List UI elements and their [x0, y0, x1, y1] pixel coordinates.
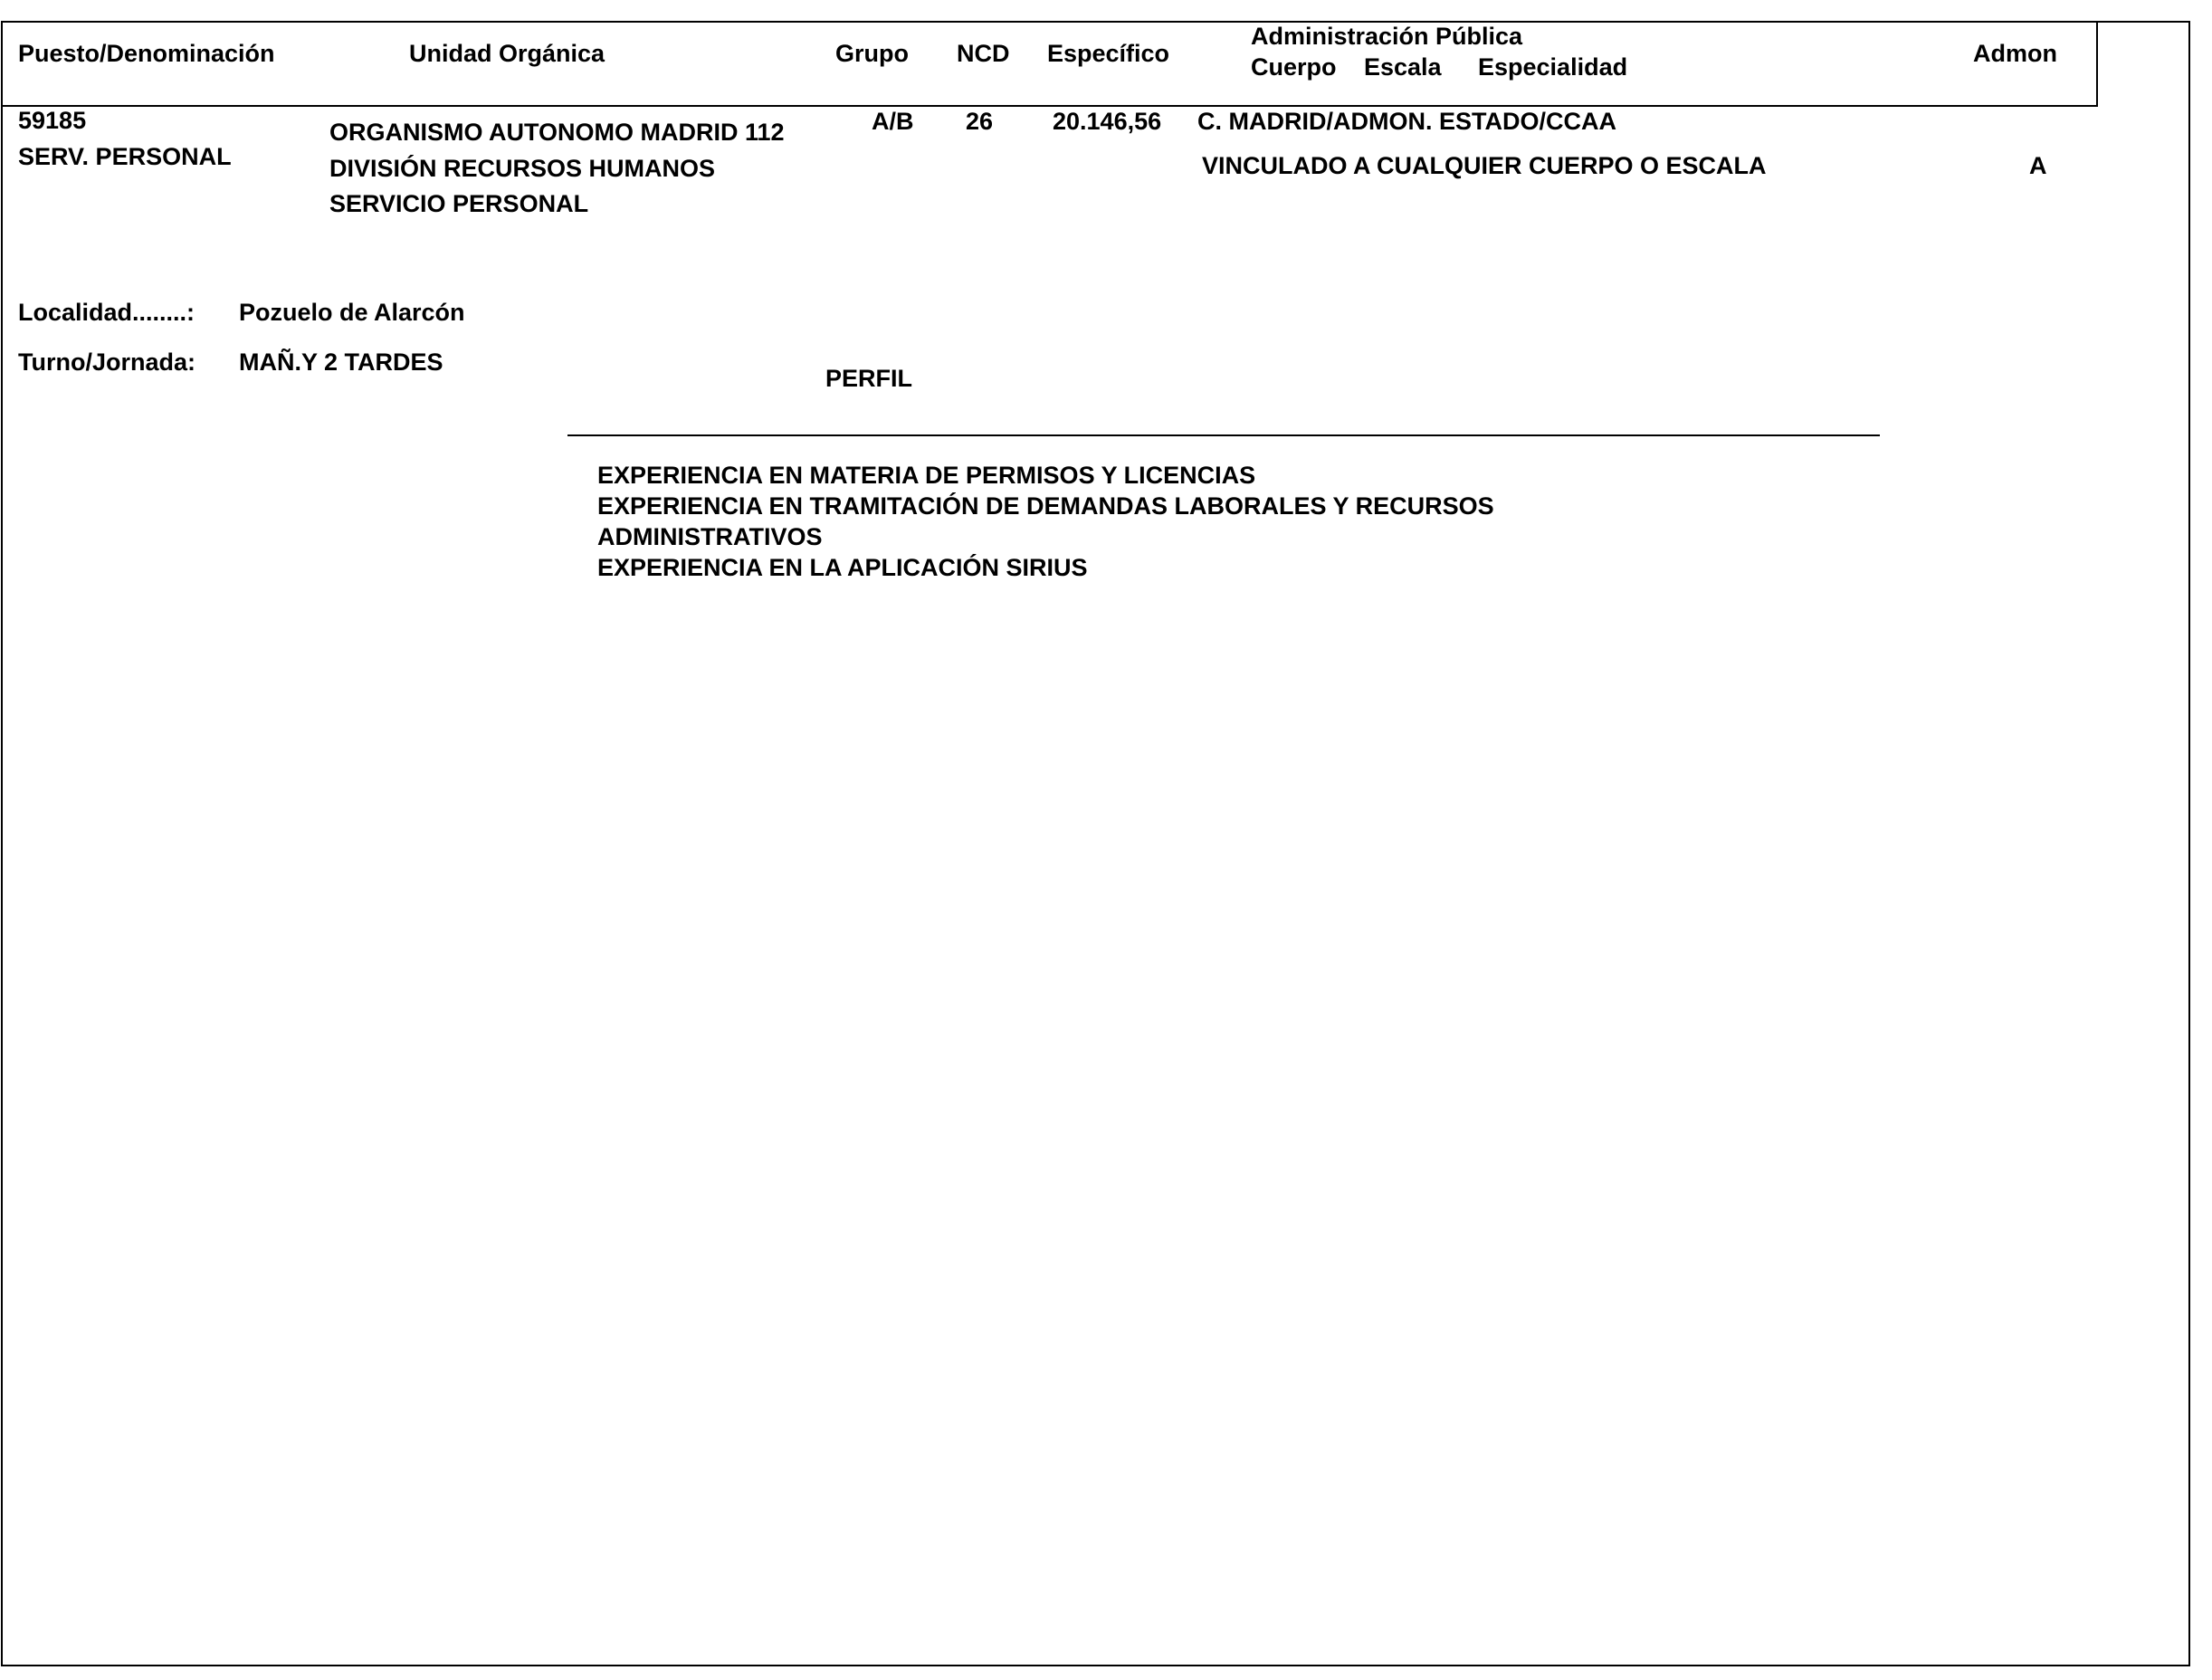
- especifico-value: 20.146,56: [1053, 110, 1161, 134]
- header-escala: Escala: [1364, 55, 1442, 80]
- header-ncd: NCD: [957, 42, 1010, 66]
- turno-value: MAÑ.Y 2 TARDES: [239, 350, 443, 375]
- grupo-value: A/B: [872, 110, 914, 134]
- perfil-line-2: EXPERIENCIA EN TRAMITACIÓN DE DEMANDAS L…: [597, 494, 1494, 519]
- perfil-title: PERFIL: [825, 367, 912, 391]
- localidad-label: Localidad........:: [18, 301, 195, 325]
- perfil-line-4: EXPERIENCIA EN LA APLICACIÓN SIRIUS: [597, 556, 1088, 580]
- perfil-line-3: ADMINISTRATIVOS: [597, 525, 823, 549]
- header-especifico: Específico: [1047, 42, 1169, 66]
- admon-value: A: [2029, 154, 2047, 178]
- unidad-line-1: ORGANISMO AUTONOMO MADRID 112: [329, 120, 785, 145]
- header-administracion: Administración Pública: [1251, 24, 1522, 49]
- header-cuerpo: Cuerpo: [1251, 55, 1337, 80]
- header-puesto: Puesto/Denominación: [18, 42, 275, 66]
- header-unidad: Unidad Orgánica: [409, 42, 605, 66]
- header-especialidad: Especialidad: [1478, 55, 1627, 80]
- header-admon: Admon: [1973, 42, 2057, 66]
- localidad-value: Pozuelo de Alarcón: [239, 301, 465, 325]
- puesto-name: SERV. PERSONAL: [18, 145, 232, 169]
- ncd-value: 26: [966, 110, 993, 134]
- perfil-line-1: EXPERIENCIA EN MATERIA DE PERMISOS Y LIC…: [597, 463, 1255, 488]
- page-border: [1, 21, 2190, 1666]
- unidad-line-2: DIVISIÓN RECURSOS HUMANOS: [329, 157, 715, 181]
- cuerpo-escala-value: VINCULADO A CUALQUIER CUERPO O ESCALA: [1202, 154, 1767, 178]
- unidad-line-3: SERVICIO PERSONAL: [329, 192, 588, 216]
- perfil-divider: [567, 434, 1880, 436]
- administracion-value: C. MADRID/ADMON. ESTADO/CCAA: [1197, 110, 1616, 134]
- header-grupo: Grupo: [835, 42, 909, 66]
- turno-label: Turno/Jornada:: [18, 350, 195, 375]
- puesto-code: 59185: [18, 109, 86, 133]
